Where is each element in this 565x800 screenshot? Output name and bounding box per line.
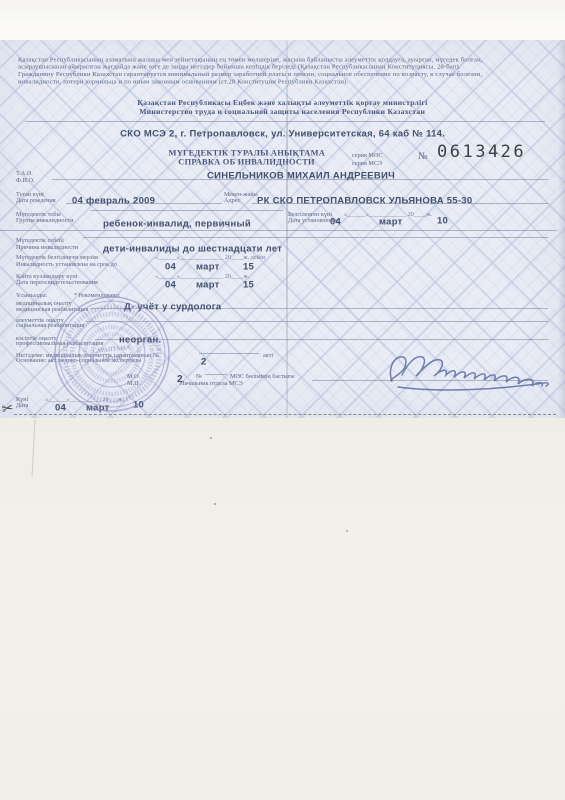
- address-value-text: РК СКО ПЕТРОПАВЛОВСК УЛЬЯНОВА 55-30: [257, 195, 472, 206]
- reexam-month-text: март: [196, 279, 220, 290]
- address-label-ru-text: Адрес: [224, 197, 240, 204]
- serial-number-sign: №: [418, 148, 429, 166]
- reexam-month: март: [196, 277, 226, 295]
- preamble-line: инвалидности, потери кормильца и по иным…: [18, 78, 483, 85]
- reexam-year-text: 15: [243, 279, 254, 290]
- established-label-ru: Дата установления: [288, 212, 368, 230]
- field-line: [83, 237, 548, 238]
- fio-label-ru-text: Ф.И.О.: [16, 177, 35, 184]
- address-label-ru: Адрес: [224, 192, 250, 210]
- fio-value: СИНЕЛЬНИКОВ МИХАИЛ АНДРЕЕВИЧ: [207, 168, 445, 186]
- round-stamp: САРАПТАМА БӨЛІМІ: [52, 293, 172, 415]
- guarantee-preamble: Қазақстан Республикасының азаматына жала…: [18, 56, 565, 101]
- date-label-ru: Дата: [16, 397, 36, 415]
- birth-value-text: 04 февраль 2009: [72, 195, 155, 206]
- ministry-title-ru: Министерство труда и социальной защиты н…: [0, 105, 565, 123]
- field-line: [252, 203, 548, 204]
- preamble-line: Қазақстан Республикасының азаматына жала…: [18, 56, 483, 63]
- vertical-fold-line: [286, 40, 288, 418]
- birth-label-ru-text: Дата рождения: [16, 197, 56, 204]
- serial-number: 0613426: [437, 142, 526, 162]
- cut-line: [14, 414, 556, 415]
- group-value: ребенок-инвалид, первичный: [103, 216, 290, 234]
- header-rule: [25, 121, 545, 122]
- preamble-line: асыраушысынан айырылған жағдайда және өз…: [18, 63, 483, 70]
- section-rule: [0, 230, 557, 231]
- basis-act-number-text: 2: [201, 356, 207, 367]
- reexam-day-text: 04: [165, 279, 176, 290]
- signature: [382, 345, 554, 395]
- established-year: 10: [437, 213, 451, 231]
- round-stamp-graphic: САРАПТАМА БӨЛІМІ: [52, 293, 172, 415]
- date-label-ru-text: Дата: [16, 402, 28, 409]
- scanned-page: Қазақстан Республикасының азаматына жала…: [0, 0, 565, 800]
- office-address-text: СКО МСЭ 2, г. Петропавловск, ул. Универс…: [120, 128, 445, 139]
- paper-speck: [214, 503, 216, 505]
- established-year-text: 10: [437, 215, 448, 226]
- blank-paper-lower: [0, 418, 565, 800]
- reexam-year: 15: [243, 277, 257, 295]
- group-label-ru-text: Группа инвалидности: [16, 217, 73, 224]
- basis-label-kz-suffix: акті: [263, 347, 279, 365]
- stamp-center-line1: САРАПТАМА: [92, 344, 131, 355]
- field-line: [66, 203, 222, 204]
- reexam-label-ru-text: Дата переосвидетельствования: [16, 279, 98, 286]
- established-day-text: 04: [330, 216, 341, 227]
- scanner-margin: [0, 0, 565, 40]
- chief-dept-number-text: 2: [177, 373, 183, 385]
- reexam-day: 04: [165, 277, 179, 295]
- preamble-line: Гражданину Республики Казахстан гарантир…: [18, 71, 483, 78]
- chief-dept-number: 2: [177, 371, 184, 389]
- ministry-title-ru-text: Министерство труда и социальной защиты н…: [140, 107, 426, 117]
- chief-label-ru: Начальник отдела МСЭ: [180, 375, 281, 393]
- paper-speck: [210, 437, 212, 439]
- group-label-ru: Группа инвалидности: [16, 212, 109, 230]
- field-line: [90, 210, 283, 211]
- group-value-text: ребенок-инвалид, первичный: [103, 218, 251, 229]
- series-label-ru-text: серия МСЭ: [352, 160, 382, 167]
- established-month-text: март: [379, 216, 403, 227]
- chief-label-ru-text: Начальник отдела МСЭ: [180, 380, 243, 387]
- signature-graphic: [382, 345, 554, 395]
- serial-number-sign-text: №: [418, 150, 428, 163]
- stamp-center-line2: БӨЛІМІ: [102, 355, 122, 363]
- basis-label-kz-suffix-text: акті: [263, 352, 273, 359]
- paper-speck: [346, 530, 348, 532]
- certificate-title-ru-text: СПРАВКА ОБ ИНВАЛИДНОСТИ: [179, 157, 316, 168]
- term-label-ru-text: Инвалидность установлена на срок до: [16, 261, 117, 268]
- fio-value-text: СИНЕЛЬНИКОВ МИХАИЛ АНДРЕЕВИЧ: [207, 170, 395, 181]
